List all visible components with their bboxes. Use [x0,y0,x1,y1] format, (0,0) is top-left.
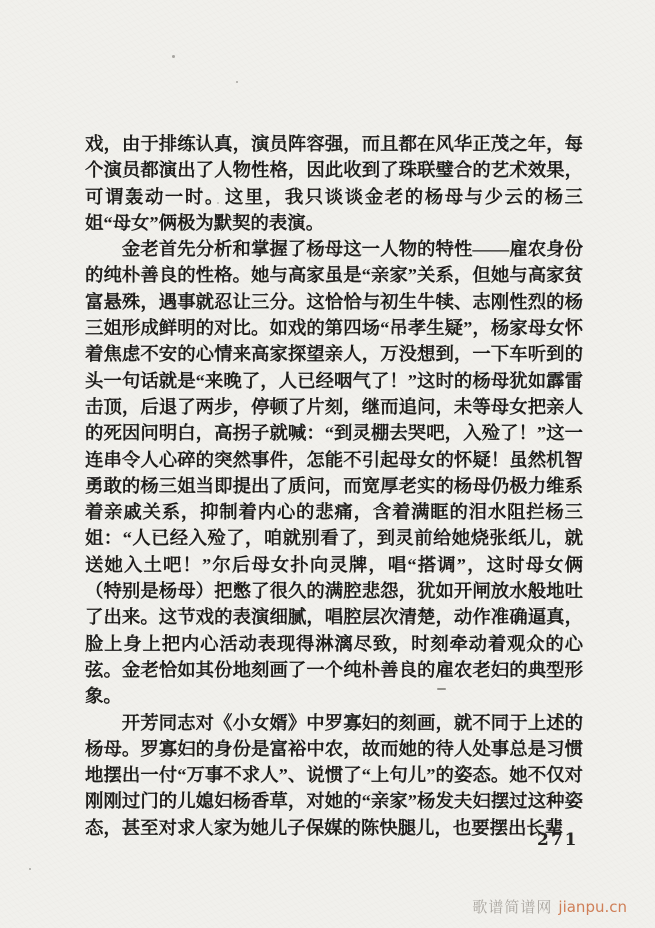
paragraph-continuation: 戏，由于排练认真，演员阵容强，而且都在风华正茂之年，每个演员都演出了人物性格，因… [85,131,583,236]
paragraph-yang-mu-analysis: 金老首先分析和掌握了杨母这一人物的特性——雇农身份的纯朴善良的性格。她与高家虽是… [85,236,583,709]
watermark-site-name: 歌谱简谱网 [472,898,552,916]
scan-speck [172,55,175,58]
scan-speck [437,688,446,690]
watermark: 歌谱简谱网jianpu.cn [472,896,627,917]
watermark-site-url-link[interactable]: jianpu.cn [558,898,627,916]
page-text-block: 戏，由于排练认真，演员阵容强，而且都在风华正茂之年，每个演员都演出了人物性格，因… [85,131,583,841]
page-number: 271 [537,830,579,850]
scan-speck [210,824,212,826]
paragraph-luo-widow: 开芳同志对《小女婿》中罗寡妇的刻画，就不同于上述的杨母。罗寡妇的身份是富裕中农，… [85,710,583,841]
scan-speck [236,81,238,83]
scanned-book-page: 戏，由于排练认真，演员阵容强，而且都在风华正茂之年，每个演员都演出了人物性格，因… [0,0,655,928]
scan-speck [29,868,31,870]
scan-speck [217,202,219,204]
